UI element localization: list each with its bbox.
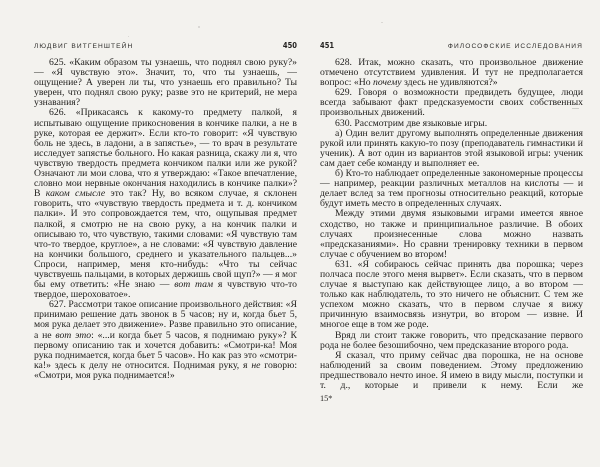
paragraph-627: 627. Рассмотри такое описание произвольн…: [34, 300, 297, 381]
scan-speck: [128, 36, 129, 37]
paragraph-626: 626. «Прикасаясь к какому-то предмету па…: [34, 108, 297, 300]
left-page-text: 625. «Каким образом ты узнаешь, что подн…: [34, 58, 297, 381]
right-page-number: 451: [320, 41, 334, 50]
paragraph-631-second: Вряд ли стоит также говорить, что предск…: [320, 331, 583, 351]
right-page: 451 ФИЛОСОФСКИЕ ИССЛЕДОВАНИЯ 628. Итак, …: [320, 41, 583, 403]
paragraph-630-b: б) Кто-то наблюдает определенные законом…: [320, 169, 583, 209]
paragraph-630-a: а) Один велит другому выполнять определе…: [320, 129, 583, 169]
right-page-text: 628. Итак, можно сказать, что произвольн…: [320, 58, 583, 391]
book-spread: ЛЮДВИГ ВИТГЕНШТЕЙН 450 625. «Каким образ…: [0, 0, 600, 403]
paragraph-628: 628. Итак, можно сказать, что произвольн…: [320, 58, 583, 88]
signature-mark: 15*: [320, 394, 583, 403]
left-running-head: ЛЮДВИГ ВИТГЕНШТЕЙН 450: [34, 41, 297, 50]
scan-speck: [381, 22, 383, 23]
paragraph-629: 629. Говоря о возможности предвидеть буд…: [320, 88, 583, 118]
left-header-author: ЛЮДВИГ ВИТГЕНШТЕЙН: [34, 43, 133, 50]
left-page: ЛЮДВИГ ВИТГЕНШТЕЙН 450 625. «Каким образ…: [34, 41, 297, 403]
paragraph-631-third: Я сказал, что приму сейчас два порошка, …: [320, 351, 583, 391]
paragraph-625: 625. «Каким образом ты узнаешь, что подн…: [34, 58, 297, 108]
paragraph-631: 631. «Я собираюсь сейчас принять два пор…: [320, 260, 583, 331]
right-running-head: 451 ФИЛОСОФСКИЕ ИССЛЕДОВАНИЯ: [320, 41, 583, 50]
scan-speck: [198, 26, 200, 28]
right-header-title: ФИЛОСОФСКИЕ ИССЛЕДОВАНИЯ: [448, 43, 583, 50]
paragraph-630-comparison: Между этими двумя языковыми играми имеет…: [320, 209, 583, 259]
left-page-number: 450: [283, 41, 297, 50]
